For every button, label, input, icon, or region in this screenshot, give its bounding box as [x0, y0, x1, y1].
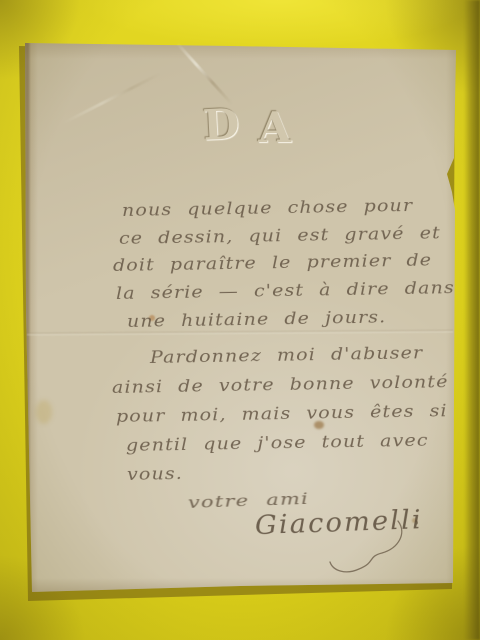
- monogram-letter-d: D: [202, 103, 241, 147]
- handwriting-line: nous quelque chose pour: [122, 198, 413, 220]
- signature: Giacomelli: [255, 507, 424, 539]
- photo-of-letter: DA nous quelque chose pour ce dessin, qu…: [0, 0, 480, 640]
- embossed-monogram: DA: [203, 104, 291, 146]
- handwriting-line: une huitaine de jours.: [127, 309, 387, 331]
- background-right-shadow: [464, 0, 480, 640]
- monogram-letter-a: A: [258, 107, 291, 149]
- closing-line: votre ami: [188, 491, 310, 511]
- handwriting-line: vous.: [127, 466, 183, 484]
- handwriting-line: Pardonnez moi d'abuser: [150, 345, 424, 367]
